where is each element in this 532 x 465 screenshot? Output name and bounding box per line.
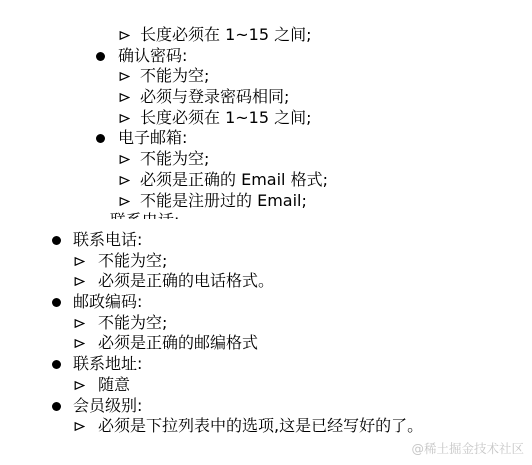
arrow-icon [74,338,85,349]
list-item: 必须是正确的电话格式。 [0,271,532,292]
upper-list-section: 长度必须在 1~15 之间;确认密码:不能为空;必须与登录密码相同;长度必须在 … [0,25,532,219]
list-item: 必须是下拉列表中的选项,这是已经写好的了。 [0,416,532,437]
list-item: 确认密码: [0,46,532,67]
watermark: @稀土掘金技术社区 [411,442,524,456]
list-item: 不能为空; [0,149,532,170]
list-item-text: 必须是正确的 Email 格式; [140,170,328,191]
list-item: 不能为空; [0,66,532,87]
list-item: 邮政编码: [0,292,532,313]
arrow-icon [74,256,85,267]
bullet-icon [52,298,61,307]
list-item: 必须是正确的 Email 格式; [0,170,532,191]
arrow-icon [119,196,130,207]
arrow-icon [74,318,85,329]
document-page: 长度必须在 1~15 之间;确认密码:不能为空;必须与登录密码相同;长度必须在 … [0,0,532,465]
arrow-icon [74,276,85,287]
list-item: 长度必须在 1~15 之间; [0,25,532,46]
list-item-text: 联系电话: [73,230,142,251]
list-item-text: 必须是正确的邮编格式 [98,333,258,354]
list-item: 联系地址: [0,354,532,375]
list-item-text: 会员级别: [73,396,142,417]
list-item-text: 确认密码: [118,46,187,67]
list-item: 不能为空; [0,313,532,334]
list-item: 电子邮箱: [0,128,532,149]
list-item-text: 必须是正确的电话格式。 [98,271,274,292]
list-item-text: 必须与登录密码相同; [140,87,289,108]
arrow-icon [74,380,85,391]
list-item-text: 长度必须在 1~15 之间; [140,25,312,46]
arrow-icon [119,92,130,103]
list-item: 长度必须在 1~15 之间; [0,108,532,129]
list-item-text: 不能为空; [98,251,167,272]
list-item: 联系电话: [0,230,532,251]
list-item: 必须是正确的邮编格式 [0,333,532,354]
list-item-text: 电子邮箱: [118,128,187,149]
bullet-icon [52,402,61,411]
bullet-icon [52,236,61,245]
arrow-icon [119,30,130,41]
list-item: 不能是注册过的 Email; [0,191,532,212]
clipped-list-item-text: 联系电话: [110,211,179,219]
list-item-text: 不能为空; [98,313,167,334]
list-item-text: 联系地址: [73,354,142,375]
bullet-icon [96,52,105,61]
list-item: 会员级别: [0,396,532,417]
lower-list-section: 联系电话:不能为空;必须是正确的电话格式。邮政编码:不能为空;必须是正确的邮编格… [0,230,532,437]
arrow-icon [119,175,130,186]
arrow-icon [74,421,85,432]
arrow-icon [119,71,130,82]
list-item-text: 必须是下拉列表中的选项,这是已经写好的了。 [98,416,423,437]
list-item: 不能为空; [0,251,532,272]
list-item-text: 随意 [98,375,130,396]
bullet-icon [96,134,105,143]
list-item: 联系电话: [0,211,532,219]
list-item-text: 邮政编码: [73,292,142,313]
bullet-icon [52,360,61,369]
arrow-icon [119,113,130,124]
list-item: 随意 [0,375,532,396]
list-item: 必须与登录密码相同; [0,87,532,108]
arrow-icon [119,154,130,165]
list-item-text: 不能是注册过的 Email; [140,191,307,212]
list-item-text: 长度必须在 1~15 之间; [140,108,312,129]
list-item-text: 不能为空; [140,66,209,87]
list-item-text: 不能为空; [140,149,209,170]
